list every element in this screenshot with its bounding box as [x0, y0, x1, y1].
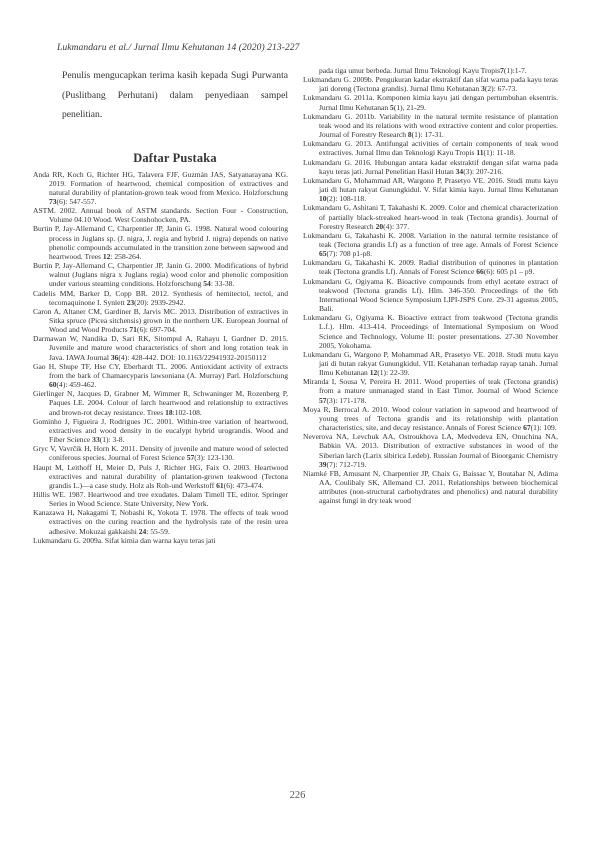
- reference-volume: 65: [319, 249, 327, 258]
- reference-entry: Lukmandaru G. 2009b. Pengukuran kadar ek…: [303, 75, 558, 93]
- reference-entry: Lukmandaru G. 2009a. Sifat kimia dan war…: [33, 536, 288, 545]
- reference-text: Lukmandaru G, Wargono P, Mohammad AR, Pr…: [303, 350, 558, 377]
- reference-text: Neverova NA, Levchuk AA, Ostroukhova LA,…: [303, 432, 558, 459]
- reference-volume: 57: [319, 396, 327, 405]
- reference-pages: (1): 11-18.: [484, 148, 516, 157]
- reference-pages: (7): 712-719.: [327, 460, 367, 469]
- reference-entry: Gao H, Shupe TF, Hse CY, Eberhardt TL. 2…: [33, 362, 288, 389]
- reference-pages: (1), 21-29.: [394, 103, 426, 112]
- reference-pages: (1): 3-8.: [100, 435, 125, 444]
- reference-entry: Lukmandaru G, Ashitani T, Takahashi K. 2…: [303, 203, 558, 230]
- reference-entry: Miranda I, Sousa V, Pereira H. 2011. Woo…: [303, 377, 558, 404]
- reference-volume: 18: [165, 408, 173, 417]
- reference-entry: Anda RR, Koch G, Richter HG, Talavera FJ…: [33, 170, 288, 207]
- reference-pages: (6): 473-474.: [224, 481, 264, 490]
- acknowledgement-paragraph: Penulis mengucapkan terima kasih kepada …: [62, 66, 288, 125]
- reference-text: Gryc V, Vavrčik H, Horn K. 2011. Density…: [33, 444, 288, 462]
- reference-text: Moya R, Berrocal A. 2010. Wood colour va…: [303, 405, 558, 432]
- reference-entry: pada tiga umur berbeda. Jurnal Ilmu Tekn…: [303, 66, 558, 75]
- reference-pages: (1): 22-39.: [377, 368, 409, 377]
- reference-text: Gao H, Shupe TF, Hse CY, Eberhardt TL. 2…: [33, 362, 288, 380]
- reference-text: Anda RR, Koch G, Richter HG, Talavera FJ…: [33, 170, 288, 197]
- reference-entry: Lukmandaru G, Ogiyama K. Bioactive compo…: [303, 277, 558, 314]
- reference-list-right: pada tiga umur berbeda. Jurnal Ilmu Tekn…: [303, 66, 558, 506]
- reference-entry: Haupt M, Leithoff H, Meier D, Puls J, Ri…: [33, 463, 288, 490]
- reference-text: Lukmandaru G, Ogiyama K. Bioactive extra…: [303, 313, 558, 349]
- reference-entry: Burtin P, Jay-Allemand C, Charpentier JP…: [33, 224, 288, 261]
- reference-entry: Kanazawa H, Nakagami T, Nobashi K, Yokot…: [33, 508, 288, 535]
- reference-pages: (4): 377.: [383, 222, 409, 231]
- reference-entry: Caron A, Altaner CM, Gardiner B, Jarvis …: [33, 307, 288, 334]
- reference-pages: : 258-264.: [110, 252, 141, 261]
- reference-volume: 71: [129, 325, 137, 334]
- reference-text: Hillis WE. 1987. Heartwood and tree exud…: [33, 490, 288, 508]
- reference-pages: (4): 459-462.: [57, 380, 97, 389]
- reference-entry: Niamké FB, Amusant N, Charpentier JP, Ch…: [303, 469, 558, 506]
- reference-entry: ASTM. 2002. Annual book of ASTM standard…: [33, 206, 288, 224]
- reference-volume: 39: [319, 460, 327, 469]
- reference-pages: (3): 123-130.: [194, 453, 234, 462]
- reference-volume: 33: [92, 435, 100, 444]
- reference-entry: Gryc V, Vavrčik H, Horn K. 2011. Density…: [33, 444, 288, 462]
- reference-text: Gierlinger N, Jacques D, Grabner M, Wimm…: [33, 389, 288, 416]
- reference-text: ASTM. 2002. Annual book of ASTM standard…: [33, 206, 288, 224]
- right-column: pada tiga umur berbeda. Jurnal Ilmu Tekn…: [303, 66, 558, 506]
- reference-entry: Hillis WE. 1987. Heartwood and tree exud…: [33, 490, 288, 508]
- reference-entry: Lukmandaru G. 2011b. Variability in the …: [303, 112, 558, 139]
- reference-text: Lukmandaru G, Ashitani T, Takahashi K. 2…: [303, 203, 558, 230]
- running-header: Lukmandaru et al./ Jurnal Ilmu Kehutanan…: [57, 42, 299, 53]
- reference-entry: Cadelis MM, Barker D, Copp BR. 2012. Syn…: [33, 289, 288, 307]
- reference-pages: (6): 547-557.: [57, 197, 97, 206]
- reference-text: Niamké FB, Amusant N, Charpentier JP, Ch…: [303, 469, 558, 505]
- reference-text: Burtin P, Jay-Allemand C, Charpentier JP…: [33, 261, 288, 288]
- references-heading: Daftar Pustaka: [62, 151, 288, 166]
- reference-text: Burtin P, Jay-Allemand C, Charpentier JP…: [33, 224, 288, 260]
- reference-pages: (2): 67-73.: [485, 84, 517, 93]
- reference-pages: (1):1-7.: [504, 66, 527, 75]
- reference-entry: Neverova NA, Levchuk AA, Ostroukhova LA,…: [303, 432, 558, 469]
- reference-text: Lukmandaru G, Takahashi K. 2008. Variati…: [303, 231, 558, 249]
- reference-pages: (1): 109.: [531, 423, 557, 432]
- reference-volume: 10: [319, 194, 327, 203]
- reference-volume: 54: [203, 279, 211, 288]
- reference-pages: (20): 2939-2942.: [134, 298, 185, 307]
- reference-volume: 61: [216, 481, 224, 490]
- reference-pages: (7): 708 p1-p8.: [327, 249, 372, 258]
- reference-entry: Lukmandaru G, Ogiyama K. Bioactive extra…: [303, 313, 558, 350]
- reference-text: Gominho J, Figueira J, Rodrigues JC. 200…: [33, 417, 288, 444]
- reference-pages: (3): 171-178.: [327, 396, 367, 405]
- page-number: 226: [0, 790, 595, 801]
- reference-text: Lukmandaru G, Mohammad AR, Wargono P, Pr…: [303, 176, 558, 194]
- reference-entry: Lukmandaru G, Takahashi K. 2008. Variati…: [303, 231, 558, 258]
- reference-pages: (4): 428-442. DOI: 10.1163/22941932-2015…: [118, 353, 266, 362]
- reference-volume: 67: [523, 423, 531, 432]
- reference-entry: Lukmandaru G, Takahashi K. 2009. Radial …: [303, 258, 558, 276]
- reference-pages: (3): 207-216.: [463, 167, 503, 176]
- reference-text: Lukmandaru G. 2011a. Komponen kimia kayu…: [303, 93, 558, 111]
- reference-pages: (2): 108-118.: [327, 194, 367, 203]
- reference-volume: 20: [376, 222, 384, 231]
- reference-text: Lukmandaru G. 2016. Hubungan antara kada…: [303, 158, 558, 176]
- reference-pages: : 33-38.: [211, 279, 234, 288]
- reference-entry: Darmawan W, Nandika D, Sari RK, Sitompul…: [33, 334, 288, 361]
- reference-entry: Burtin P, Jay-Allemand C, Charpentier JP…: [33, 261, 288, 288]
- reference-volume: 66: [476, 267, 484, 276]
- reference-text: Lukmandaru G, Ogiyama K. Bioactive compo…: [303, 277, 558, 313]
- reference-volume: 11: [476, 148, 483, 157]
- reference-entry: Lukmandaru G, Wargono P, Mohammad AR, Pr…: [303, 350, 558, 377]
- reference-text: Miranda I, Sousa V, Pereira H. 2011. Woo…: [303, 377, 558, 395]
- reference-text: Lukmandaru G. 2009a. Sifat kimia dan war…: [33, 536, 216, 545]
- reference-text: pada tiga umur berbeda. Jurnal Ilmu Tekn…: [319, 66, 500, 75]
- reference-pages: (6): 697-704.: [137, 325, 177, 334]
- reference-entry: Gierlinger N, Jacques D, Grabner M, Wimm…: [33, 389, 288, 416]
- reference-pages: : 55-59.: [146, 527, 169, 536]
- reference-entry: Moya R, Berrocal A. 2010. Wood colour va…: [303, 405, 558, 432]
- reference-volume: 73: [49, 197, 57, 206]
- reference-list-left: Anda RR, Koch G, Richter HG, Talavera FJ…: [33, 170, 288, 545]
- reference-entry: Lukmandaru G. 2011a. Komponen kimia kayu…: [303, 93, 558, 111]
- reference-volume: 60: [49, 380, 57, 389]
- reference-entry: Lukmandaru G. 2013. Antifungal activitie…: [303, 139, 558, 157]
- reference-entry: Lukmandaru G. 2016. Hubungan antara kada…: [303, 158, 558, 176]
- reference-pages: :102-108.: [173, 408, 202, 417]
- reference-pages: (6): 605 p1 – p9.: [484, 267, 535, 276]
- reference-pages: (1): 17-31.: [412, 130, 444, 139]
- reference-entry: Lukmandaru G, Mohammad AR, Wargono P, Pr…: [303, 176, 558, 203]
- reference-entry: Gominho J, Figueira J, Rodrigues JC. 200…: [33, 417, 288, 444]
- reference-text: Lukmandaru G. 2009b. Pengukuran kadar ek…: [303, 75, 558, 93]
- reference-text: Lukmandaru G. 2013. Antifungal activitie…: [303, 139, 558, 157]
- reference-volume: 23: [127, 298, 135, 307]
- left-column: Penulis mengucapkan terima kasih kepada …: [62, 66, 288, 545]
